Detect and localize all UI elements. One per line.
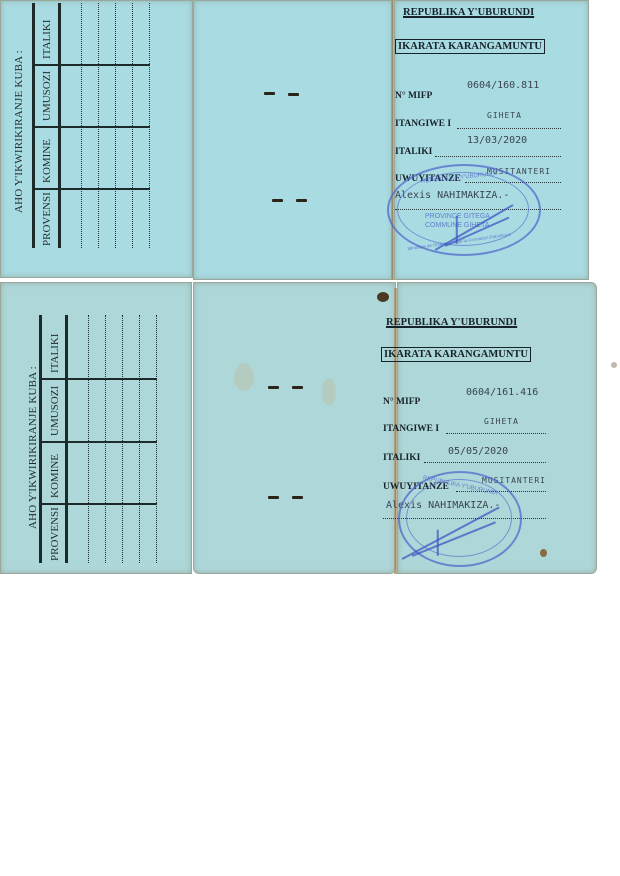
stitch-mark (264, 92, 275, 95)
registry-dotted-line (88, 315, 89, 563)
date-value: 05/05/2020 (448, 446, 508, 457)
dotted-line (457, 128, 561, 129)
registry-dotted-line (98, 3, 99, 248)
issued-at-label: ITANGIWE I (395, 119, 451, 129)
card-2-registry-panel: AHO Y'IKWIRIKIRANJE KUBA : PROVENSI KOMI… (0, 282, 192, 574)
registry-dotted-line (149, 3, 150, 248)
stain (234, 363, 254, 391)
col-provensi: PROVENSI (41, 192, 53, 246)
stitch-mark (292, 496, 303, 499)
card-2-middle-panel (193, 282, 396, 574)
card-2-front-panel: REPUBLIKA Y'UBURUNDI IKARATA KARANGAMUNT… (397, 282, 597, 574)
card-1-middle-panel (193, 0, 393, 280)
issued-at-value: GIHETA (487, 111, 522, 120)
stain (540, 549, 547, 557)
registry-title: AHO Y'IKWIRIKIRANJE KUBA : (13, 50, 25, 213)
card-1-registry-panel: AHO Y'IKWIRIKIRANJE KUBA : PROVENSI KOMI… (0, 0, 193, 278)
registry-dotted-line (156, 315, 157, 563)
stitch-mark (296, 199, 307, 202)
issued-at-value: GIHETA (484, 417, 519, 426)
registry-dotted-line (139, 315, 140, 563)
card-1-front-panel: REPUBLIKA Y'UBURUNDI IKARATA KARANGAMUNT… (394, 0, 589, 280)
mifp-value: 0604/161.416 (466, 387, 538, 398)
date-label: ITALIKI (383, 453, 420, 463)
republic-heading: REPUBLIKA Y'UBURUNDI (403, 7, 534, 18)
registry-title: AHO Y'IKWIRIKIRANJE KUBA : (27, 366, 39, 529)
col-umusozi: UMUSOZI (49, 386, 61, 436)
registry-dotted-line (105, 315, 106, 563)
republic-heading: REPUBLIKA Y'UBURUNDI (386, 317, 517, 328)
col-provensi: PROVENSI (49, 507, 61, 561)
issued-at-label: ITANGIWE I (383, 424, 439, 434)
col-italiki: ITALIKI (49, 334, 61, 373)
registry-header-rule (65, 315, 68, 563)
stitch-mark (272, 199, 283, 202)
dotted-line (446, 433, 546, 434)
registry-dotted-line (132, 3, 133, 248)
card-title: IKARATA KARANGAMUNTU (395, 39, 545, 54)
stitch-mark (268, 386, 279, 389)
card-title: IKARATA KARANGAMUNTU (381, 347, 531, 362)
registry-dotted-line (122, 315, 123, 563)
registry-left-rule (39, 315, 42, 563)
col-komine: KOMINE (49, 454, 61, 498)
dotted-line (424, 462, 546, 463)
col-umusozi: UMUSOZI (41, 71, 53, 121)
signature-stroke (456, 216, 458, 244)
hole-stain (377, 292, 389, 302)
col-italiki: ITALIKI (41, 20, 53, 59)
registry-dotted-line (115, 3, 116, 248)
stitch-mark (288, 93, 299, 96)
speck (611, 362, 617, 368)
mifp-label: N° MIFP (395, 91, 432, 101)
date-value: 13/03/2020 (467, 135, 527, 146)
dotted-line (435, 156, 561, 157)
signature-stroke (437, 530, 439, 556)
mifp-label: N° MIFP (383, 397, 420, 407)
col-komine: KOMINE (41, 139, 53, 183)
stitch-mark (268, 496, 279, 499)
registry-dotted-line (81, 3, 82, 248)
date-label: ITALIKI (395, 147, 432, 157)
stain (322, 378, 336, 406)
stitch-mark (292, 386, 303, 389)
mifp-value: 0604/160.811 (467, 80, 539, 91)
